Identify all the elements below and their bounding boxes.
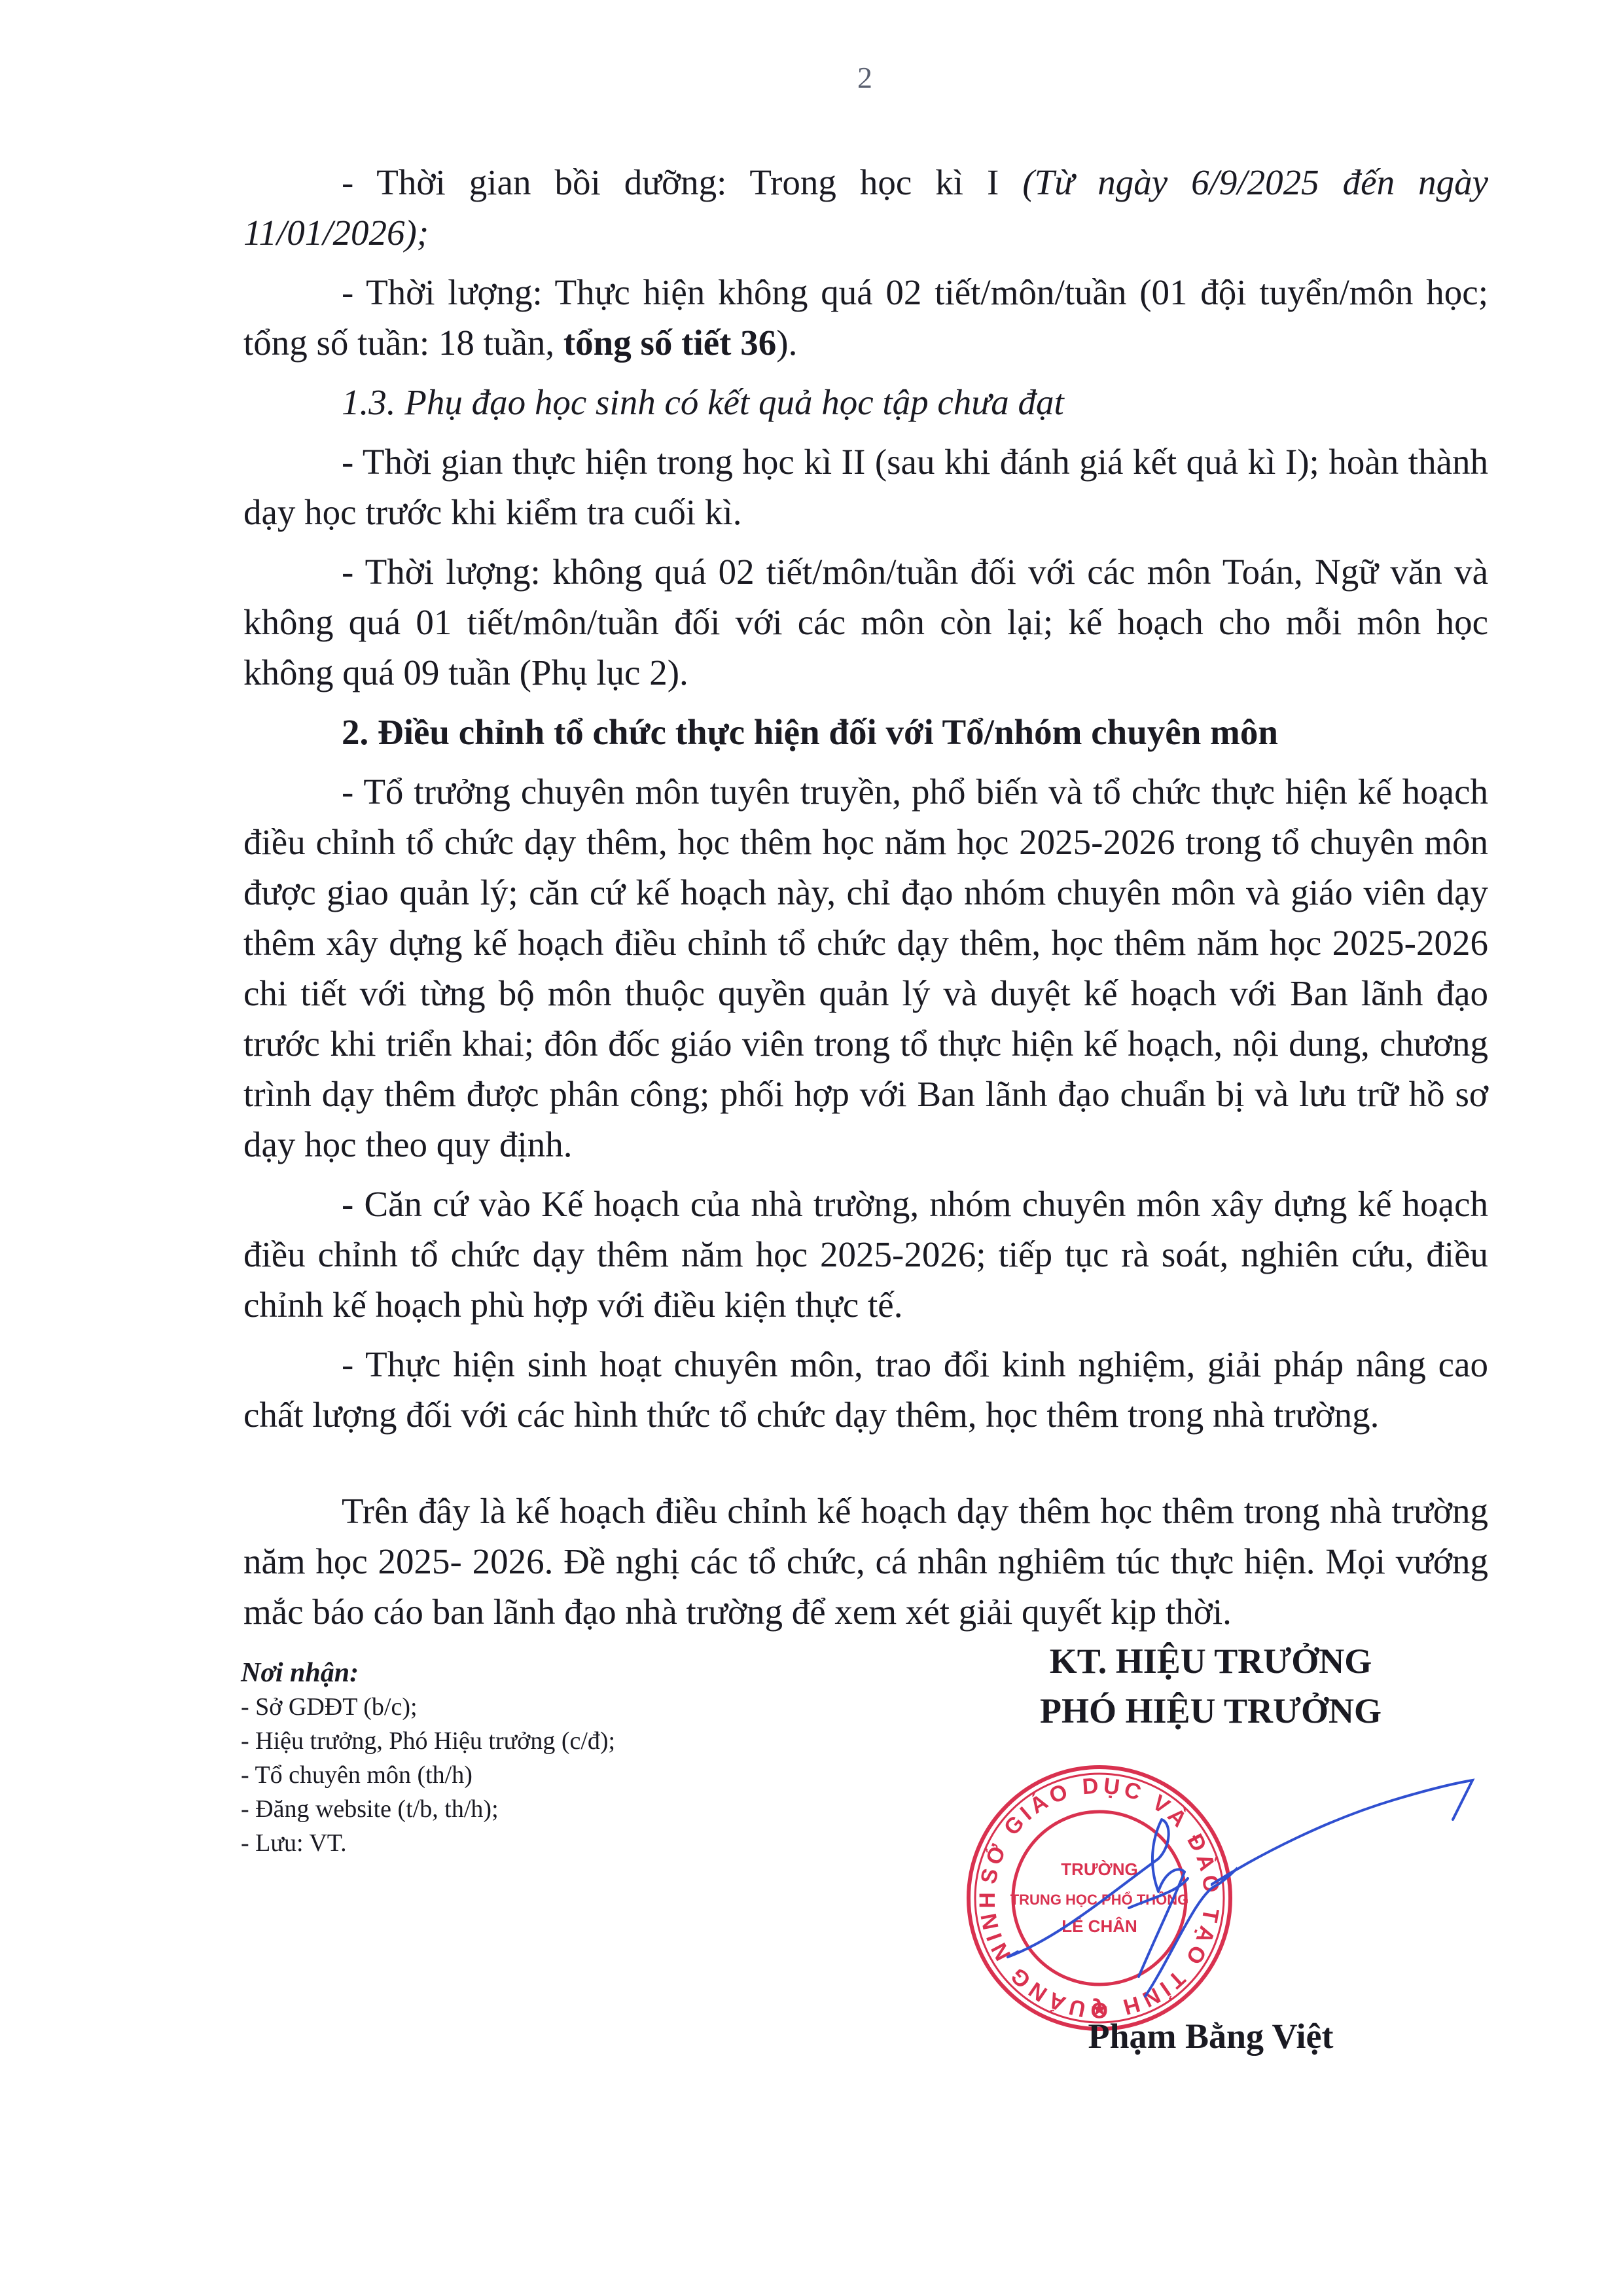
signature-title-2: PHÓ HIỆU TRƯỞNG <box>942 1686 1479 1736</box>
heading-2: 2. Điều chỉnh tổ chức thực hiện đối với … <box>243 707 1488 757</box>
recipient-item: - Đăng website (t/b, th/h); <box>241 1792 615 1826</box>
document-body: - Thời gian bồi dưỡng: Trong học kì I (T… <box>243 157 1488 1637</box>
signature-title-1: KT. HIỆU TRƯỞNG <box>942 1636 1479 1686</box>
recipient-item: - Tổ chuyên môn (th/h) <box>241 1758 615 1792</box>
recipient-item: - Lưu: VT. <box>241 1826 615 1860</box>
signer-name: Phạm Bằng Việt <box>1021 2016 1400 2056</box>
paragraph-professional-activities: - Thực hiện sinh hoạt chuyên môn, trao đ… <box>243 1339 1488 1440</box>
heading-1-3: 1.3. Phụ đạo học sinh có kết quả học tập… <box>243 377 1488 427</box>
text: - Thời gian bồi dưỡng: Trong học kì I <box>342 162 1022 202</box>
signature-block: KT. HIỆU TRƯỞNG PHÓ HIỆU TRƯỞNG <box>942 1636 1479 1736</box>
text: ). <box>776 323 797 363</box>
paragraph-group-plan: - Căn cứ vào Kế hoạch của nhà trường, nh… <box>243 1179 1488 1330</box>
page-number: 2 <box>857 60 872 95</box>
recipients-title: Nơi nhận: <box>241 1656 615 1690</box>
total-periods: tổng số tiết 36 <box>563 323 776 363</box>
recipient-item: - Hiệu trưởng, Phó Hiệu trưởng (c/đ); <box>241 1724 615 1758</box>
paragraph-team-leader: - Tổ trưởng chuyên môn tuyên truyền, phổ… <box>243 766 1488 1170</box>
recipients-block: Nơi nhận: - Sở GDĐT (b/c); - Hiệu trưởng… <box>241 1656 615 1860</box>
paragraph-closing: Trên đây là kế hoạch điều chỉnh kế hoạch… <box>243 1486 1488 1637</box>
paragraph-remedial-time: - Thời gian thực hiện trong học kì II (s… <box>243 437 1488 537</box>
recipient-item: - Sở GDĐT (b/c); <box>241 1690 615 1724</box>
paragraph-duration: - Thời lượng: Thực hiện không quá 02 tiế… <box>243 267 1488 368</box>
paragraph-training-time: - Thời gian bồi dưỡng: Trong học kì I (T… <box>243 157 1488 258</box>
text: - Thời lượng: Thực hiện không quá 02 tiế… <box>243 272 1488 363</box>
svg-text:TRƯỜNG: TRƯỜNG <box>1061 1859 1137 1879</box>
paragraph-remedial-duration: - Thời lượng: không quá 02 tiết/môn/tuần… <box>243 547 1488 698</box>
school-seal-stamp-icon: SỞ GIÁO DỤC VÀ ĐÀO TẠO TỈNH QUẢNG NINH T… <box>962 1761 1237 2036</box>
svg-text:LÊ CHÂN: LÊ CHÂN <box>1061 1916 1137 1936</box>
signature-tail-icon <box>1211 1761 1486 1892</box>
